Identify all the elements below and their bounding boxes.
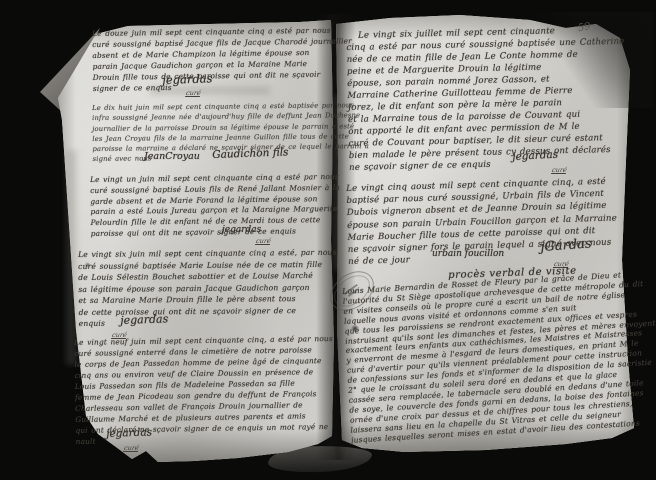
- cure-flourish: curé: [551, 166, 568, 174]
- priest-signature: jegardas: [222, 225, 261, 235]
- witness-signature: urbain foucillon: [432, 249, 504, 259]
- register-entry: Le douze juin mil sept cent cinquante ci…: [92, 24, 353, 94]
- manuscript-scan: 59 Le douze juin mil sept cent cinquante…: [0, 0, 656, 480]
- cure-flourish: curé: [185, 89, 202, 97]
- register-entry: Le vingt six juillet mil sept cent cinqu…: [346, 24, 627, 174]
- witness-signature: JeanCroyau: [144, 151, 200, 162]
- priest-signature: jegardas: [106, 426, 152, 440]
- manuscript-line: enquis: [79, 316, 338, 330]
- show-through-smudge: [66, 150, 77, 365]
- cure-flourish: curé: [255, 237, 272, 245]
- priest-signature: jegardas: [120, 312, 168, 327]
- proces-verbal-text: Louis Marie Bernardin de Rosset de Fleur…: [342, 269, 656, 446]
- priest-signature: jegardas: [512, 149, 558, 163]
- priest-signature: jegardas: [162, 71, 213, 87]
- register-entry: Le vingt un juin mil sept cent cinquante…: [90, 172, 341, 240]
- register-entry: Le vingt six juin mil sept cent cinquant…: [78, 247, 337, 330]
- cure-flourish: curé: [123, 444, 140, 452]
